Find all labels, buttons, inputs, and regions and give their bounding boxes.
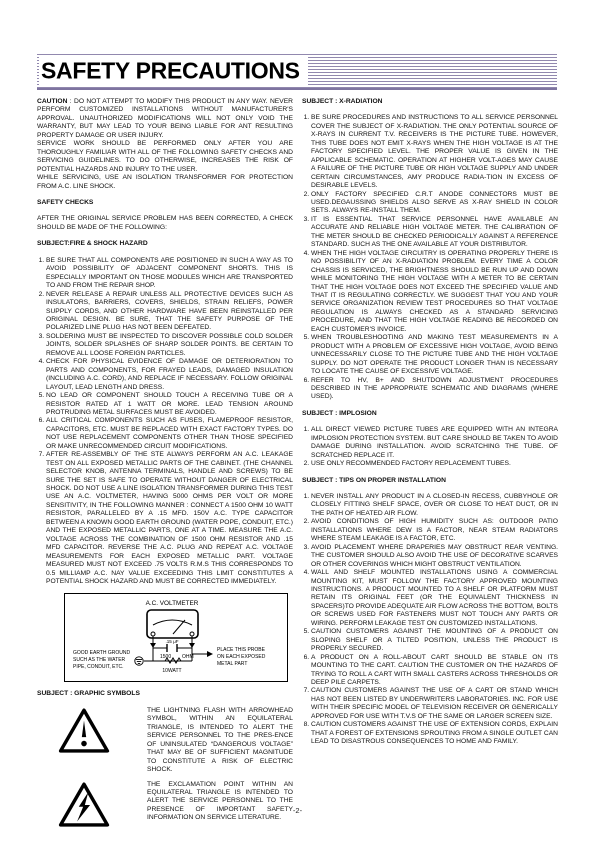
list-item: NO LEAD OR COMPONENT SHOULD TOUCH A RECE… xyxy=(46,392,293,417)
graphic-symbol-text: THE EXCLAMATION POINT WITHIN AN EQUILATE… xyxy=(147,781,293,823)
right-column: SUBJECT : X-RADIATION BE SURE PROCEDURES… xyxy=(302,98,558,832)
list-item: WHEN TROUBLESHOOTING AND MAKING TEST MEA… xyxy=(311,334,558,376)
page-title: SAFETY PRECAUTIONS xyxy=(39,56,308,87)
page-number: -2- xyxy=(0,806,595,815)
ground-label-line1: GOOD EARTH GROUND xyxy=(73,650,131,656)
document-page: SAFETY PRECAUTIONS CAUTION : DO NOT ATTE… xyxy=(0,0,595,842)
list-item: CAUTION CUSTOMERS AGAINST THE USE OF A C… xyxy=(311,687,558,721)
down-arrow-icon xyxy=(150,643,156,648)
graphic-symbol-row: THE LIGHTNING FLASH WITH ARROWHEAD SYMBO… xyxy=(37,707,293,775)
safety-checks-heading: SAFETY CHECKS xyxy=(37,199,293,207)
caution-paragraph: CAUTION : DO NOT ATTEMPT TO MODIFY THIS … xyxy=(37,98,293,140)
list-item: BE SURE PROCEDURES AND INSTRUCTIONS TO A… xyxy=(311,114,558,190)
resistor-unit-label: OHM xyxy=(182,654,194,660)
graphic-symbols-heading: SUBJECT : GRAPHIC SYMBOLS xyxy=(37,690,293,698)
resistor-value-label: 1500 xyxy=(160,654,171,660)
list-item: NEVER RELEASE A REPAIR UNLESS ALL PROTEC… xyxy=(46,291,293,333)
earth-ground-icon xyxy=(135,657,143,665)
list-item: AFTER RE-ASSEMBLY OF THE STE ALWAYS PERF… xyxy=(46,451,293,586)
ground-label-line2: SUCH AS THE WATER xyxy=(73,657,126,663)
list-item: AVOID CONDITIONS OF HIGH HUMIDITY SUCH A… xyxy=(311,518,558,543)
intro-paragraph-3: WHILE SERVICING, USE AN ISOLATION TRANSF… xyxy=(37,174,293,191)
capacitor-label: .15 μF xyxy=(165,639,178,644)
exclamation-triangle-icon xyxy=(58,707,110,758)
installation-list: NEVER INSTALL ANY PRODUCT IN A CLOSED-IN… xyxy=(302,493,558,747)
voltmeter-icon xyxy=(147,610,198,638)
list-item: AVOID PLACEMENT WHERE DRAPERIES MAY OBST… xyxy=(311,544,558,569)
list-item: USE ONLY RECOMMENDED FACTORY REPLACEMENT… xyxy=(311,460,558,468)
caution-label: CAUTION xyxy=(37,98,67,105)
implosion-list: ALL DIRECT VIEWED PICTURE TUBES ARE EQUI… xyxy=(302,426,558,468)
probe-arrow-icon xyxy=(207,651,213,657)
list-item: A PRODUCT ON A ROLL-ABOUT CART SHOULD BE… xyxy=(311,654,558,688)
list-item: REFER TO HV, B+ AND SHUTDOWN ADJUSTMENT … xyxy=(311,377,558,402)
list-item: CAUTION CUSTOMERS AGAINST THE USE OF EXT… xyxy=(311,721,558,746)
down-arrow-icon xyxy=(189,643,195,648)
intro-paragraph-2: SERVICE WORK SHOULD BE PERFORMED ONLY AF… xyxy=(37,140,293,174)
ac-voltmeter-diagram: A.C. VOLTMETER xyxy=(64,593,288,682)
list-item: ALL CRITICAL COMPONENTS SUCH AS FUSES, F… xyxy=(46,417,293,451)
voltmeter-schematic: A.C. VOLTMETER xyxy=(65,594,287,681)
fire-shock-list: BE SURE THAT ALL COMPONENTS ARE POSITION… xyxy=(37,257,293,587)
list-item: WHEN THE HIGH VOLTAGE CIRCUITRY IS OPERA… xyxy=(311,250,558,335)
list-item: SOLDERING MUST BE INSPECTED TO DISCOVER … xyxy=(46,333,293,358)
list-item: WALL AND SHELF MOUNTED INSTALLATIONS USI… xyxy=(311,569,558,628)
list-item: CHECK FOR PHYSICAL EVIDENCE OF DAMAGE OR… xyxy=(46,358,293,392)
list-item: CAUTION CUSTOMERS AGAINST THE MOUNTING O… xyxy=(311,628,558,653)
installation-heading: SUBJECT : TIPS ON PROPER INSTALLATION xyxy=(302,477,558,485)
two-column-layout: CAUTION : DO NOT ATTEMPT TO MODIFY THIS … xyxy=(37,98,558,832)
implosion-heading: SUBJECT : IMPLOSION xyxy=(302,410,558,418)
list-item: BE SURE THAT ALL COMPONENTS ARE POSITION… xyxy=(46,257,293,291)
fire-shock-heading: SUBJECT:FIRE & SHOCK HAZARD xyxy=(37,240,293,248)
x-radiation-heading: SUBJECT : X-RADIATION xyxy=(302,98,558,106)
ground-label-line3: PIPE, CONDUIT, ETC. xyxy=(73,664,124,670)
resistor-wattage-label: 10WATT xyxy=(162,668,181,674)
title-banner: SAFETY PRECAUTIONS xyxy=(37,54,557,90)
probe-label-line2: ON EACH EXPOSED xyxy=(217,654,266,660)
safety-checks-body: AFTER THE ORIGINAL SERVICE PROBLEM HAS B… xyxy=(37,215,293,232)
left-column: CAUTION : DO NOT ATTEMPT TO MODIFY THIS … xyxy=(37,98,293,832)
diagram-title: A.C. VOLTMETER xyxy=(146,600,199,607)
list-item: ONLY FACTORY SPECIFIED C.R.T ANODE CONNE… xyxy=(311,191,558,216)
probe-label-line3: METAL PART xyxy=(217,661,247,667)
list-item: NEVER INSTALL ANY PRODUCT IN A CLOSED-IN… xyxy=(311,493,558,518)
list-item: ALL DIRECT VIEWED PICTURE TUBES ARE EQUI… xyxy=(311,426,558,460)
page-content: SAFETY PRECAUTIONS CAUTION : DO NOT ATTE… xyxy=(37,54,558,832)
list-item: IT IS ESSENTIAL THAT SERVICE PERSONNEL H… xyxy=(311,216,558,250)
caution-text: : DO NOT ATTEMPT TO MODIFY THIS PRODUCT … xyxy=(37,98,293,139)
graphic-symbol-text: THE LIGHTNING FLASH WITH ARROWHEAD SYMBO… xyxy=(147,707,293,775)
probe-label-line1: PLACE THIS PROBE xyxy=(217,647,266,653)
x-radiation-list: BE SURE PROCEDURES AND INSTRUCTIONS TO A… xyxy=(302,114,558,401)
